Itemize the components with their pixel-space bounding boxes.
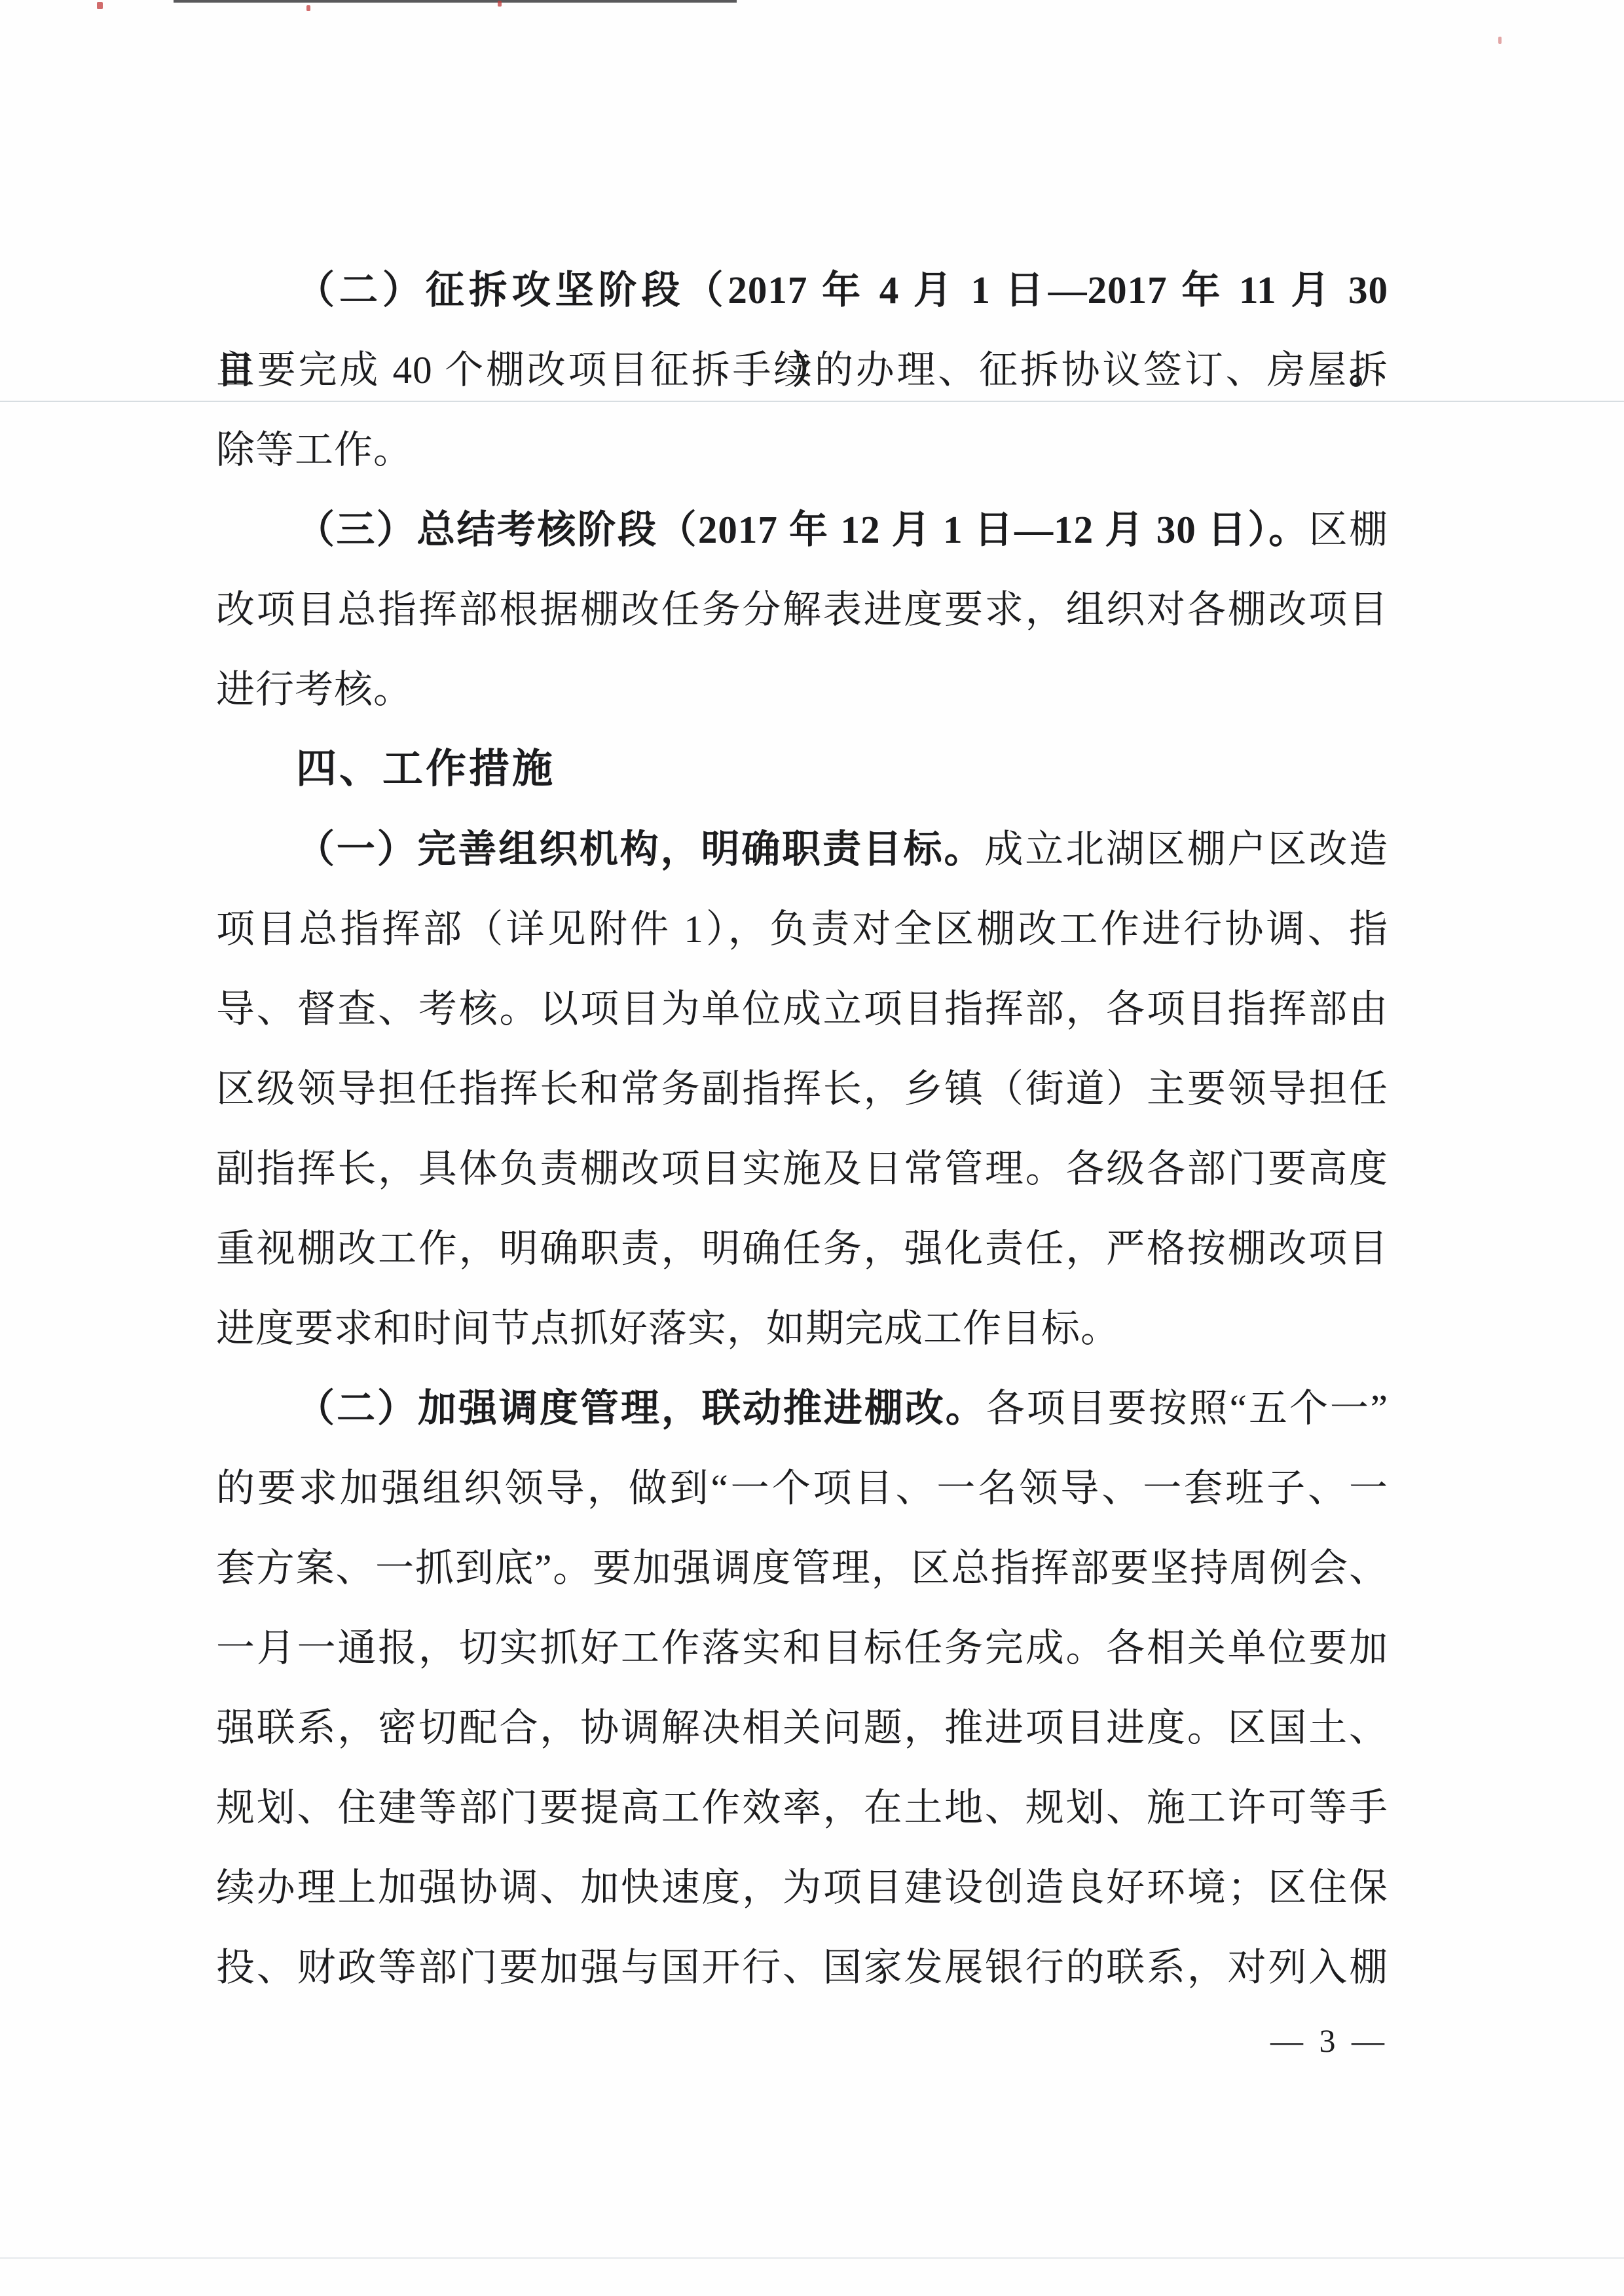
text-segment: 进度要求和时间节点抓好落实，如期完成工作目标。 <box>216 1307 1120 1350</box>
text-segment: 的要求加强组织领导，做到“一个项目、一名领导、一套班子、一 <box>216 1467 1388 1510</box>
scan-artifact-speck <box>97 2 103 9</box>
text-line: 项目总指挥部（详见附件 1），负责对全区棚改工作进行协调、指 <box>216 889 1388 969</box>
text-segment: 成立北湖区棚户区改造 <box>984 828 1388 871</box>
text-segment: 区级领导担任指挥长和常务副指挥长，乡镇（街道）主要领导担任 <box>216 1067 1388 1110</box>
text-segment: 除等工作。 <box>216 428 413 471</box>
text-segment: 一月一通报，切实抓好工作落实和目标任务完成。各相关单位要加 <box>216 1626 1388 1669</box>
text-segment: 套方案、一抓到底”。要加强调度管理，区总指挥部要坚持周例会、 <box>216 1546 1388 1590</box>
text-line: 套方案、一抓到底”。要加强调度管理，区总指挥部要坚持周例会、 <box>216 1528 1388 1608</box>
text-line: 改项目总指挥部根据棚改任务分解表进度要求，组织对各棚改项目 <box>216 570 1388 649</box>
text-segment: 规划、住建等部门要提高工作效率，在土地、规划、施工许可等手 <box>216 1786 1388 1829</box>
bold-segment: （三）总结考核阶段（2017 年 12 月 1 日—12 月 30 日）。 <box>296 508 1309 551</box>
text-segment: 投、财政等部门要加强与国开行、国家发展银行的联系，对列入棚 <box>216 1946 1388 1989</box>
text-segment: 进行考核。 <box>216 668 413 711</box>
document-page: （二）征拆攻坚阶段（2017 年 4 月 1 日—2017 年 11 月 30 … <box>0 0 1624 2296</box>
scan-line-artifact <box>0 2257 1624 2259</box>
text-line: 的要求加强组织领导，做到“一个项目、一名领导、一套班子、一 <box>216 1448 1388 1528</box>
scan-artifact-speck <box>498 1 502 7</box>
text-line: 续办理上加强协调、加快速度，为项目建设创造良好环境；区住保 <box>216 1848 1388 1927</box>
text-line: 副指挥长，具体负责棚改项目实施及日常管理。各级各部门要高度 <box>216 1129 1388 1209</box>
text-line: 主要完成 40 个棚改项目征拆手续的办理、征拆协议签订、房屋拆 <box>216 330 1388 410</box>
text-line: 导、督查、考核。以项目为单位成立项目指挥部，各项目指挥部由 <box>216 969 1388 1049</box>
scan-artifact-speck <box>1498 37 1502 44</box>
text-line: （二）加强调度管理，联动推进棚改。各项目要按照“五个一” <box>216 1368 1388 1448</box>
text-line: 规划、住建等部门要提高工作效率，在土地、规划、施工许可等手 <box>216 1768 1388 1848</box>
text-line: 投、财政等部门要加强与国开行、国家发展银行的联系，对列入棚 <box>216 1927 1388 2007</box>
text-line: 区级领导担任指挥长和常务副指挥长，乡镇（街道）主要领导担任 <box>216 1049 1388 1129</box>
text-segment: 导、督查、考核。以项目为单位成立项目指挥部，各项目指挥部由 <box>216 987 1388 1030</box>
text-segment: 主要完成 40 个棚改项目征拆手续的办理、征拆协议签订、房屋拆 <box>216 348 1388 392</box>
text-segment: 各项目要按照“五个一” <box>986 1387 1388 1430</box>
text-line: 强联系，密切配合，协调解决相关问题，推进项目进度。区国土、 <box>216 1688 1388 1768</box>
text-segment: 重视棚改工作，明确职责，明确任务，强化责任，严格按棚改项目 <box>216 1227 1388 1270</box>
text-segment: 副指挥长，具体负责棚改项目实施及日常管理。各级各部门要高度 <box>216 1147 1388 1190</box>
text-line: 一月一通报，切实抓好工作落实和目标任务完成。各相关单位要加 <box>216 1608 1388 1688</box>
page-number: — 3 — <box>216 2022 1388 2060</box>
text-segment: 改项目总指挥部根据棚改任务分解表进度要求，组织对各棚改项目 <box>216 588 1388 631</box>
text-segment: 续办理上加强协调、加快速度，为项目建设创造良好环境；区住保 <box>216 1866 1388 1909</box>
text-line: （二）征拆攻坚阶段（2017 年 4 月 1 日—2017 年 11 月 30 … <box>216 250 1388 330</box>
text-line: 进度要求和时间节点抓好落实，如期完成工作目标。 <box>216 1288 1388 1368</box>
scan-edge-streak <box>174 0 737 3</box>
text-line: 除等工作。 <box>216 410 1388 490</box>
scan-artifact-speck <box>306 5 310 11</box>
text-line: 四、工作措施 <box>216 729 1388 809</box>
text-segment: 强联系，密切配合，协调解决相关问题，推进项目进度。区国土、 <box>216 1706 1388 1749</box>
text-segment: 区棚 <box>1309 508 1388 551</box>
bold-segment: 四、工作措施 <box>296 746 555 792</box>
bold-segment: （一）完善组织机构，明确职责目标。 <box>296 828 984 871</box>
text-line: 重视棚改工作，明确职责，明确任务，强化责任，严格按棚改项目 <box>216 1209 1388 1288</box>
document-body: （二）征拆攻坚阶段（2017 年 4 月 1 日—2017 年 11 月 30 … <box>216 250 1388 2007</box>
text-line: （一）完善组织机构，明确职责目标。成立北湖区棚户区改造 <box>216 809 1388 889</box>
text-line: 进行考核。 <box>216 649 1388 729</box>
bold-segment: （二）加强调度管理，联动推进棚改。 <box>296 1387 986 1430</box>
text-segment: 项目总指挥部（详见附件 1），负责对全区棚改工作进行协调、指 <box>216 907 1388 951</box>
text-line: （三）总结考核阶段（2017 年 12 月 1 日—12 月 30 日）。区棚 <box>216 490 1388 570</box>
